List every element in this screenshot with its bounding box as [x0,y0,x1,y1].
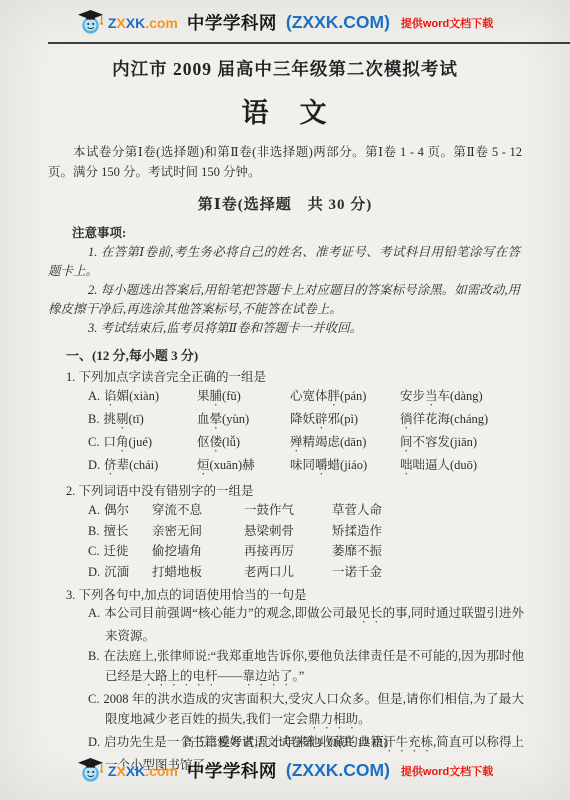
option-label: C. [88,435,99,449]
option-label: D. [88,565,100,579]
question2-stem: 2. 下列词语中没有错别字的一组是 [66,481,520,499]
graduate-mascot-icon [77,757,106,784]
site-name: 中学学科网 [187,758,277,783]
option-label: A. [88,606,100,620]
site-header: ZXXK.com 中学学科网(ZXXK.COM) 提供word文档下载 [0,0,570,36]
question3-stem: 3. 下列各句中,加点的词语使用恰当的一句是 [66,585,520,603]
word: 打蜡地板 [152,562,244,583]
word: 一鼓作气 [244,500,332,521]
option-paragraph-b: B.在法庭上,张律师说:“我郑重地告诉你,要他负法律责任是不可能的,因为那时他已… [105,646,524,689]
word: 偶尔 [104,503,129,517]
option-label: B. [88,524,99,538]
word: 老两口儿 [244,562,332,583]
option-row-a: A.谄媚(xiàn) 果脯(fǔ) 心宽体胖(pán) 安步当车(dàng) [88,386,536,409]
word-with-pinyin: 咄咄逼人(duō) [400,455,536,478]
word-with-pinyin: 烜(xuān)赫 [197,455,290,478]
option-label: B. [88,649,99,663]
word-with-pinyin: 血晕(yùn) [197,409,290,432]
option-row-d: D.沉湎 打蜡地板 老两口儿 一诺千金 [88,562,536,583]
question1-options: A.谄媚(xiàn) 果脯(fǔ) 心宽体胖(pán) 安步当车(dàng) B… [88,386,536,478]
word-with-pinyin: 伛偻(lǚ) [197,432,290,455]
word-with-pinyin: 侪辈(chái) [104,458,158,472]
option-row-a: A.偶尔 穿流不息 一鼓作气 草菅人命 [88,500,536,521]
zxxk-logo: ZXXK.com [77,757,178,784]
option-label: B. [88,412,99,426]
word-download-tagline: 提供word文档下载 [401,763,493,779]
exam-intro-paragraph: 本试卷分第Ⅰ卷(选择题)和第Ⅱ卷(非选择题)两部分。第Ⅰ卷 1 - 4 页。第Ⅱ… [48,142,522,182]
option-text: 2008 年的洪水造成的灾害面积大,受灾人口众多。但是,请你们相信,为了最大限度… [103,692,524,726]
word: 悬梁刺骨 [244,521,332,542]
header-divider [48,42,570,44]
scanned-exam-page: ZXXK.com 中学学科网(ZXXK.COM) 提供word文档下载 内江市 … [0,0,570,800]
part1-heading: 一、(12 分,每小题 3 分) [66,345,570,364]
option-paragraph-a: A.本公司目前强调“核心能力”的观念,即做公司最见长的事,同时通过联盟引进外来资… [105,603,524,646]
word: 穿流不息 [152,500,244,521]
word-with-pinyin: 心宽体胖(pán) [290,386,400,409]
word-with-pinyin: 果脯(fǔ) [197,386,290,409]
word-with-pinyin: 间不容发(jiān) [400,432,536,455]
option-cell: D.侪辈(chái) [88,455,197,478]
notice-block: 注意事项: 1. 在答第Ⅰ卷前,考生务必将自己的姓名、准考证号、考试科目用铅笔涂… [48,224,520,338]
question2-options: A.偶尔 穿流不息 一鼓作气 草菅人命 B.擅长 亲密无间 悬梁刺骨 矫揉造作 … [88,500,536,582]
word-with-pinyin: 安步当车(dàng) [400,386,536,409]
word: 沉湎 [104,565,129,579]
word: 草菅人命 [332,500,536,521]
option-row-c: C.迁徙 偷挖墙角 再接再厉 萎靡不振 [88,541,536,562]
word-with-pinyin: 降妖辟邪(pì) [290,409,400,432]
word: 亲密无间 [152,521,244,542]
site-domain: (ZXXK.COM) [286,12,390,33]
word: 再接再厉 [244,541,332,562]
zxxk-logo: ZXXK.com [77,9,178,36]
option-cell: D.沉湎 [88,562,152,583]
page-footer: 高三二模考试语文试卷第 1 页(共 12 页) ZXXK.com 中学学科网(Z… [0,733,570,784]
option-row-c: C.口角(jué) 伛偻(lǚ) 殚精竭虑(dān) 间不容发(jiān) [88,432,536,455]
word: 一诺千金 [332,562,536,583]
graduate-mascot-icon [77,9,106,36]
site-footer: ZXXK.com 中学学科网(ZXXK.COM) 提供word文档下载 [0,757,570,784]
word-download-tagline: 提供word文档下载 [401,15,493,31]
word-with-pinyin: 徜徉花海(cháng) [400,409,536,432]
option-label: A. [88,503,100,517]
zxxk-logo-text: ZXXK.com [108,763,178,779]
notice-item: 1. 在答第Ⅰ卷前,考生务必将自己的姓名、准考证号、考试科目用铅笔涂写在答题卡上… [48,243,520,281]
word: 迁徙 [103,544,128,558]
option-label: A. [88,389,100,403]
word-with-pinyin: 殚精竭虑(dān) [290,432,400,455]
option-row-d: D.侪辈(chái) 烜(xuān)赫 味同嚼蜡(jiáo) 咄咄逼人(duō) [88,455,536,478]
exam-subject-title: 语 文 [0,91,570,130]
notice-item: 3. 考试结束后,监考员将第Ⅱ卷和答题卡一并收回。 [48,319,520,338]
word: 矫揉造作 [332,521,536,542]
option-row-b: B.擅长 亲密无间 悬梁刺骨 矫揉造作 [88,521,536,542]
option-paragraph-c: C.2008 年的洪水造成的灾害面积大,受灾人口众多。但是,请你们相信,为了最大… [105,689,524,732]
option-label: C. [88,544,99,558]
section1-heading: 第Ⅰ卷(选择题 共 30 分) [0,193,570,214]
word-with-pinyin: 谄媚(xiàn) [104,389,159,403]
word-with-pinyin: 口角(jué) [103,435,152,449]
option-cell: B.擅长 [88,521,152,542]
notice-item: 2. 每小题选出答案后,用铅笔把答题卡上对应题目的答案标号涂黑。如需改动,用橡皮… [48,281,520,319]
word: 萎靡不振 [332,541,536,562]
option-text: 本公司目前强调“核心能力”的观念,即做公司最见长的事,同时通过联盟引进外来资源。 [104,606,524,643]
word: 擅长 [103,524,128,538]
word-with-pinyin: 挑剔(tī) [103,412,143,426]
site-domain: (ZXXK.COM) [286,760,390,781]
zxxk-logo-text: ZXXK.com [108,15,178,31]
option-label: C. [88,692,99,706]
option-cell: B.挑剔(tī) [88,409,197,432]
exam-title: 内江市 2009 届高中三年级第二次模拟考试 [0,56,570,81]
option-cell: C.迁徙 [88,541,152,562]
option-row-b: B.挑剔(tī) 血晕(yùn) 降妖辟邪(pì) 徜徉花海(cháng) [88,409,536,432]
site-name: 中学学科网 [187,10,277,35]
page-number-line: 高三二模考试语文试卷第 1 页(共 12 页) [0,733,570,750]
option-label: D. [88,458,100,472]
question1-stem: 1. 下列加点字读音完全正确的一组是 [66,367,520,385]
option-text: 在法庭上,张律师说:“我郑重地告诉你,要他负法律责任是不可能的,因为那时他已经是… [103,649,524,683]
option-cell: C.口角(jué) [88,432,197,455]
option-cell: A.偶尔 [88,500,152,521]
word-with-pinyin: 味同嚼蜡(jiáo) [290,455,400,478]
notice-title: 注意事项: [48,224,520,243]
option-cell: A.谄媚(xiàn) [88,386,197,409]
word: 偷挖墙角 [152,541,244,562]
